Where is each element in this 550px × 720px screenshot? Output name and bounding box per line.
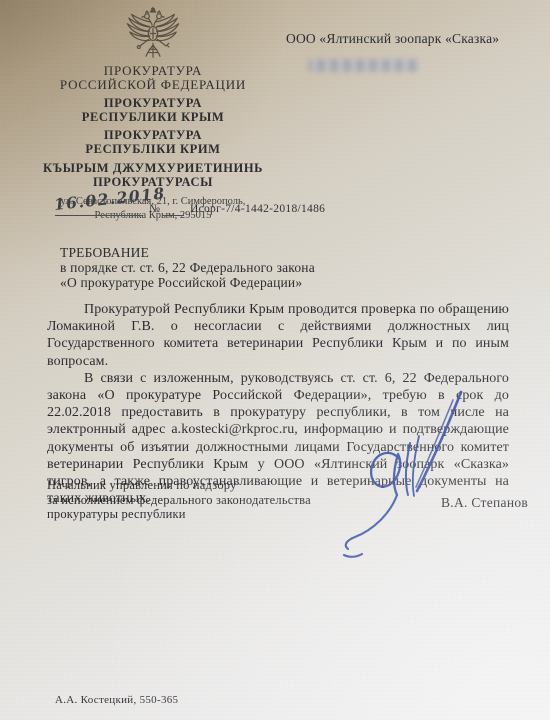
- recipient-name: ООО «Ялтинский зоопарк «Сказка»: [286, 31, 526, 47]
- date-slot: 16.02.2018: [55, 191, 143, 216]
- reference-line: 16.02.2018 № Исорг-7/4-1442-2018/1486: [55, 190, 325, 216]
- org-name-line: ПРОКУРАТУРА: [28, 97, 278, 110]
- signature-ink: [340, 388, 480, 563]
- org-name-line: РЕСПУБЛИКИ КРЫМ: [28, 111, 278, 124]
- org-name-line: РОССИЙСКОЙ ФЕДЕРАЦИИ: [28, 78, 278, 92]
- org-name-republic-uk: ПРОКУРАТУРА РЕСПУБЛІКИ КРИМ: [28, 129, 278, 157]
- outgoing-number: Исорг-7/4-1442-2018/1486: [190, 203, 325, 215]
- number-sign: №: [149, 203, 160, 215]
- redacted-email-smudge: [308, 59, 420, 72]
- number-blank-line: [162, 201, 184, 216]
- org-name-line: РЕСПУБЛІКИ КРИМ: [28, 143, 278, 156]
- body-paragraph: Прокуратурой Республики Крым проводится …: [47, 301, 509, 370]
- signer-position-line: за исполнением федерального законодатель…: [47, 493, 311, 508]
- org-name-republic-ru: ПРОКУРАТУРА РЕСПУБЛИКИ КРЫМ: [28, 97, 278, 125]
- subject-block: ТРЕБОВАНИЕ в порядке ст. ст. 6, 22 Федер…: [60, 246, 315, 291]
- org-name-line: ПРОКУРАТУРА: [28, 129, 278, 142]
- executor-footer: А.А. Костецкий, 550-365: [55, 694, 178, 706]
- subject-line: в порядке ст. ст. 6, 22 Федерального зак…: [60, 261, 315, 276]
- scanned-letter: ПРОКУРАТУРА РОССИЙСКОЙ ФЕДЕРАЦИИ ПРОКУРА…: [0, 0, 550, 720]
- signer-position: Начальник управления по надзору за испол…: [47, 478, 311, 522]
- signer-position-line: прокуратуры республики: [47, 507, 311, 522]
- org-name-line: ПРОКУРАТУРА: [28, 64, 278, 78]
- org-name-federal: ПРОКУРАТУРА РОССИЙСКОЙ ФЕДЕРАЦИИ: [28, 64, 278, 92]
- signer-position-line: Начальник управления по надзору: [47, 478, 311, 493]
- org-name-line: КЪЫРЫМ ДЖУМХУРИЕТИНИНЬ: [28, 162, 278, 175]
- requirement-title: ТРЕБОВАНИЕ: [60, 246, 315, 261]
- subject-line: «О прокуратуре Российской Федерации»: [60, 276, 315, 291]
- coat-of-arms-icon: [125, 6, 181, 60]
